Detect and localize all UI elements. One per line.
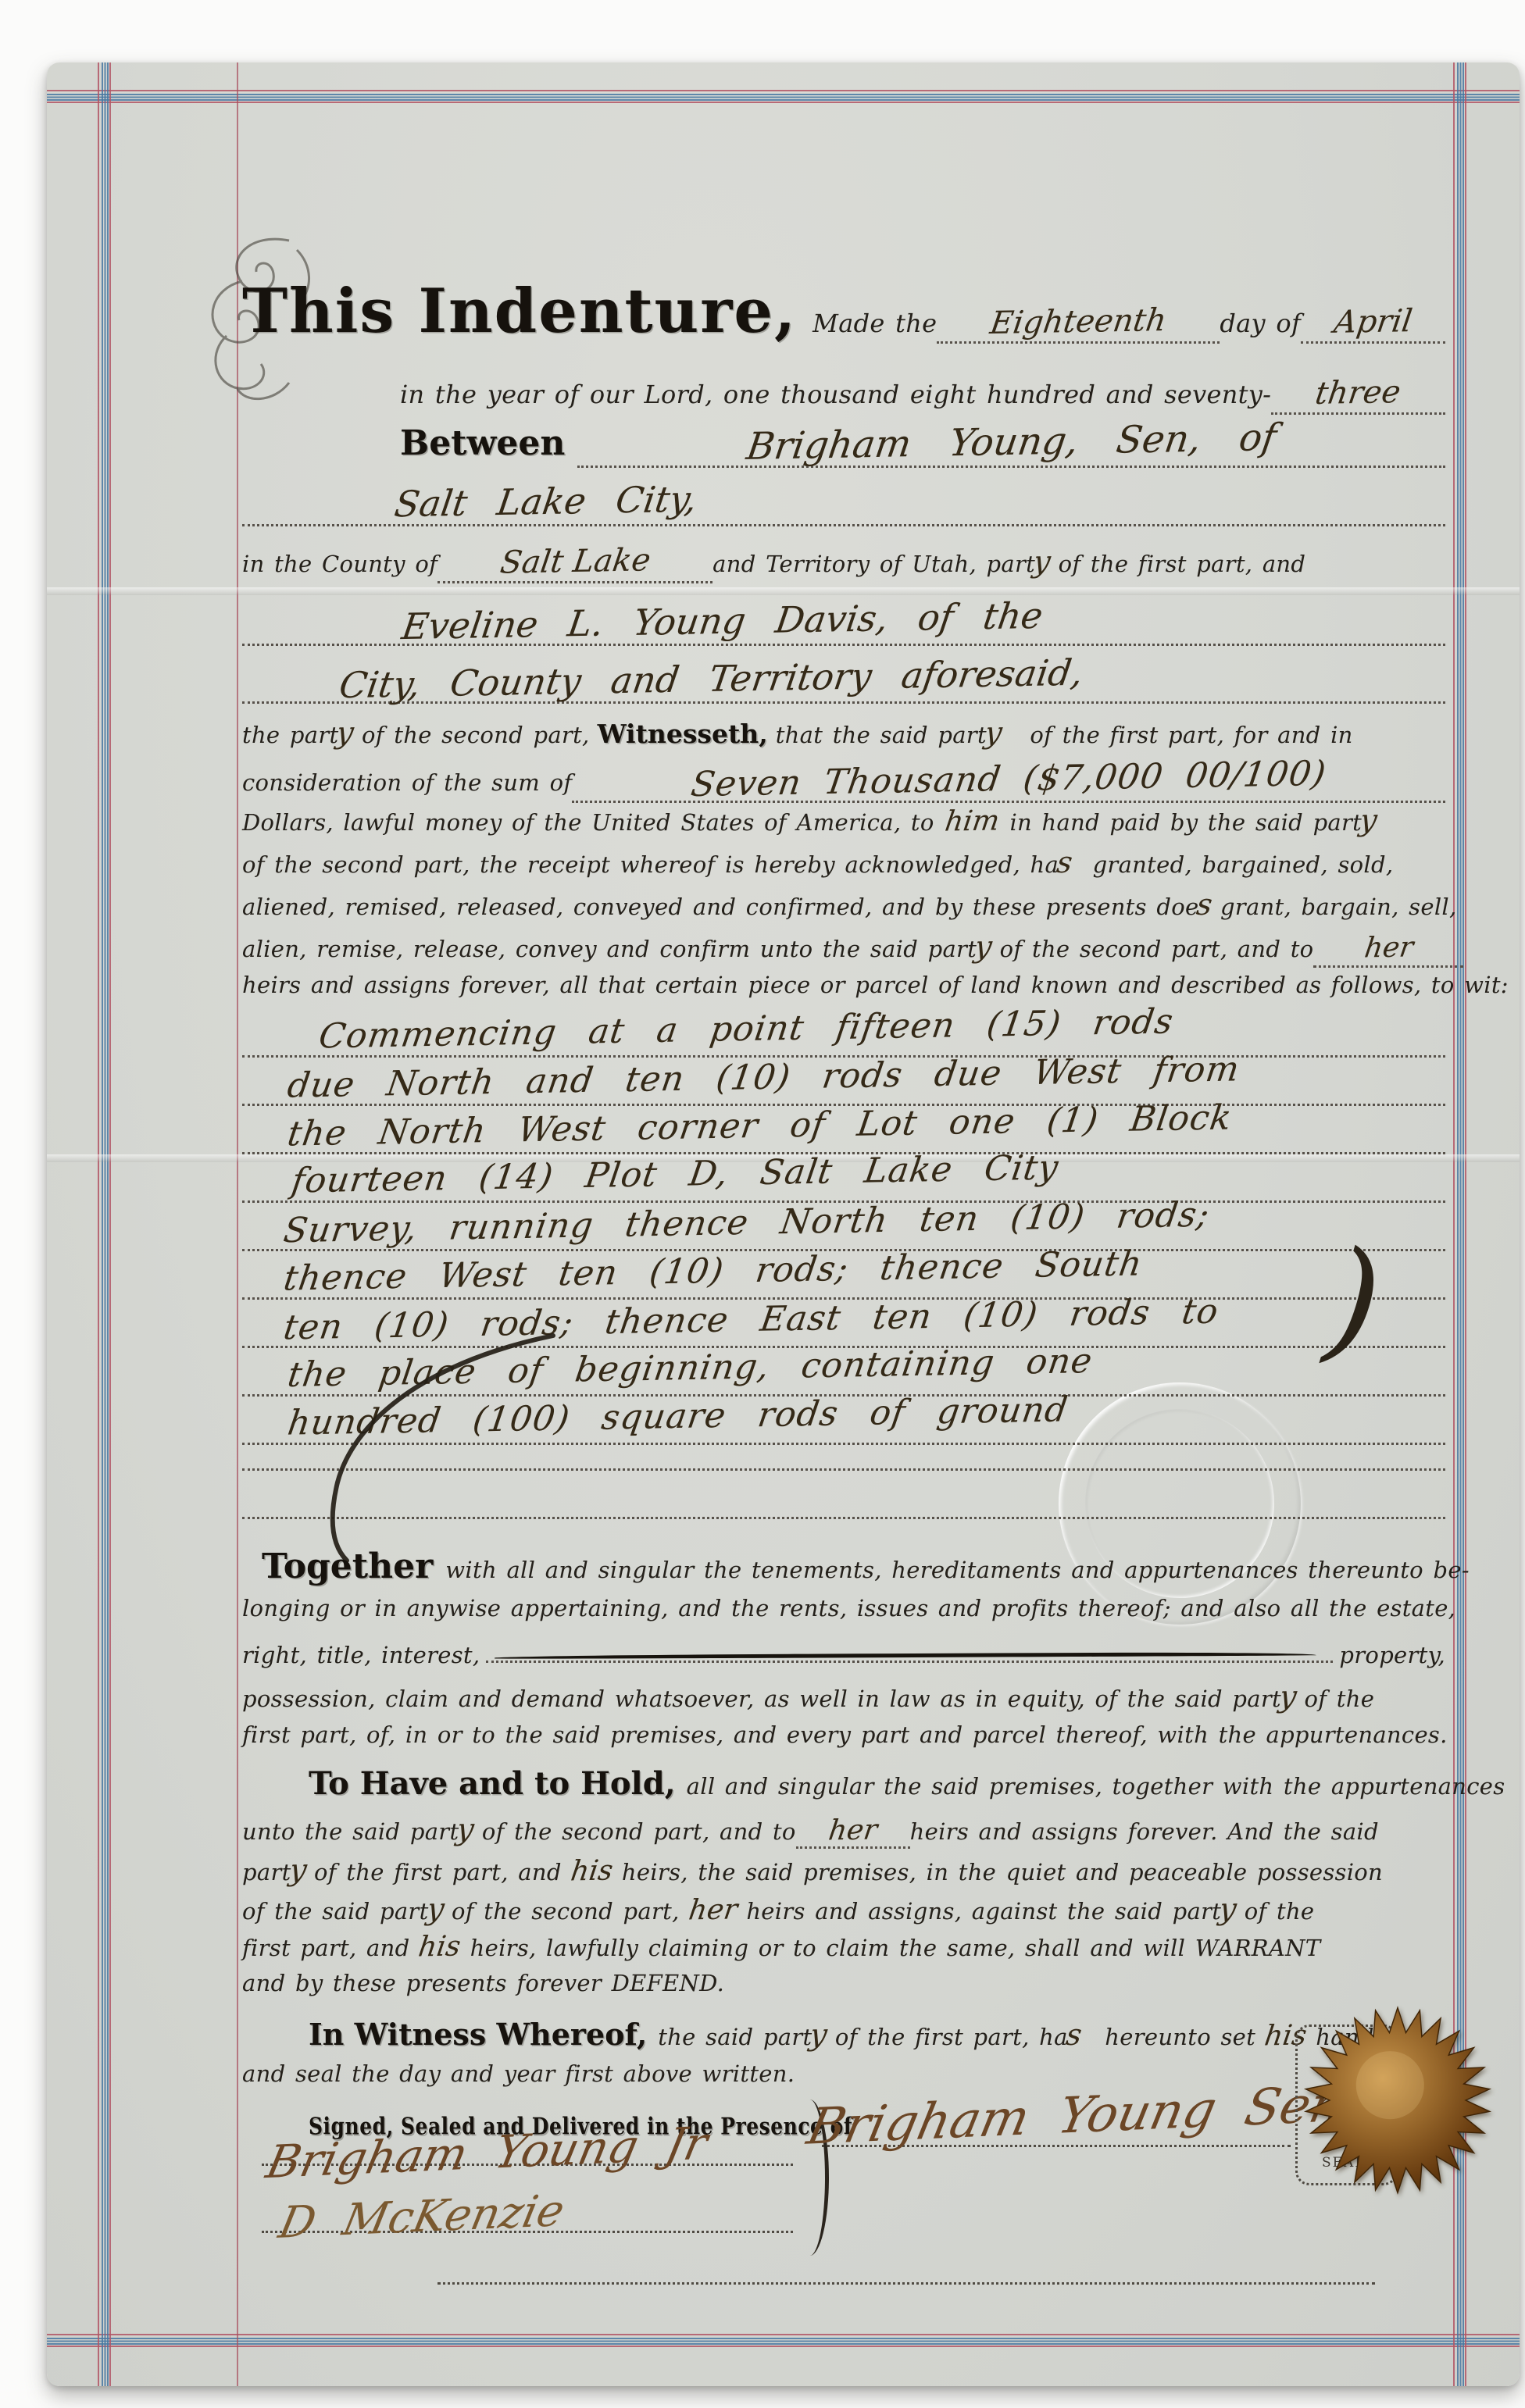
day-fill: Eighteenth (988, 302, 1169, 341)
hand-y: y (1277, 1679, 1299, 1714)
grantor-city-fill: Salt Lake City, (392, 478, 700, 526)
line-grantee-city: City, County and Territory aforesaid, (242, 658, 1445, 704)
printed-habendum-4-mid: of the second part, (452, 1898, 680, 1925)
gold-foil-seal (1303, 2006, 1492, 2195)
description-line: Survey, running thence North ten (10) ro… (242, 1203, 1445, 1251)
printed-day-of: day of (1220, 309, 1301, 338)
line-witness-whereof: In Witness Whereof, the said part y of t… (309, 2017, 1374, 2052)
printed-together-1: with all and singular the tenements, her… (445, 1557, 1470, 1583)
description-line: Commencing at a point fifteen (15) rods (242, 1009, 1445, 1058)
witness2-signature: D McKenzie (275, 2185, 569, 2249)
printed-together-2: longing or in anywise appertaining, and … (242, 1595, 1455, 1621)
line-between: Between Brigham Young, Sen, of (400, 420, 1445, 468)
deed-paper-sheet: This Indenture, Made the Eighteenth day … (47, 62, 1520, 2386)
printed-heirs: heirs and assigns forever, all that cert… (242, 972, 1509, 998)
strikethrough-rule (486, 1637, 1333, 1663)
printed-testimonium-mid2: hereunto set (1105, 2024, 1255, 2050)
printed-receipt: of the second part, the receipt whereof … (242, 851, 1059, 878)
hand-s: s (1195, 887, 1215, 922)
grantee-city-fill: City, County and Territory aforesaid, (337, 651, 1086, 707)
printed-made-the: Made the (812, 309, 937, 338)
line-heading: This Indenture, Made the Eighteenth day … (242, 281, 1445, 344)
principal-signature: Brigham Young Sen (811, 2087, 1340, 2145)
year-fill: three (1313, 374, 1403, 412)
border-band-top (47, 90, 1520, 103)
line-together-2: longing or in anywise appertaining, and … (242, 1595, 1455, 1621)
printed-tohave-header: To Have and to Hold, (309, 1765, 676, 1802)
line-habendum-5: first part, and his heirs, lawfully clai… (242, 1931, 1320, 1963)
hand-y: y (455, 1812, 477, 1846)
hand-y: y (973, 929, 995, 964)
deed-title: This Indenture, (242, 281, 797, 342)
witness1-signature: Brigham Young Jr (262, 2117, 712, 2189)
line-habendum-4: of the said part y of the second part, h… (242, 1892, 1314, 1926)
printed-that-said: that the said part (776, 722, 987, 748)
description-text: Survey, running thence North ten (10) ro… (281, 1195, 1212, 1251)
printed-together-3-post: property, (1339, 1642, 1445, 1668)
line-together-3: right, title, interest, property, (242, 1637, 1445, 1668)
printed-habendum-5-pre: first part, and (242, 1935, 409, 1961)
fold-crease (47, 587, 1520, 595)
printed-the-part: the part (242, 722, 338, 748)
hand-her: her (1362, 931, 1416, 964)
hand-him: him (943, 804, 1002, 837)
hand-y: y (983, 715, 1005, 750)
description-line: the North West corner of Lot one (1) Blo… (242, 1106, 1445, 1154)
line-aliened: aliened, remised, released, conveyed and… (242, 887, 1457, 922)
line-grantor-city: Salt Lake City, (242, 480, 1445, 526)
printed-first-part: of the first part, and (1059, 551, 1306, 577)
description-line: thence West ten (10) rods; thence South (242, 1251, 1445, 1300)
printed-year-line: in the year of our Lord, one thousand ei… (400, 380, 1271, 409)
border-band-left (98, 62, 111, 2386)
printed-together-4-pre: possession, claim and demand whatsoever,… (242, 1686, 1281, 1712)
printed-territory: and Territory of Utah, part (712, 551, 1035, 577)
printed-testimonium-mid: of the first part, ha (835, 2024, 1068, 2050)
grantee-field: Eveline L. Young Davis, of the (242, 600, 1445, 646)
her-field: her (1313, 932, 1463, 968)
day-field: Eighteenth (937, 304, 1220, 344)
printed-habendum-4-post: heirs and assigns, against the said part (746, 1898, 1221, 1925)
printed-aliened-post: grant, bargain, sell, (1220, 894, 1457, 920)
printed-receipt-post: granted, bargained, sold, (1093, 851, 1394, 878)
printed-habendum-3-pre: part (242, 1859, 291, 1885)
line-habendum-1: To Have and to Hold, all and singular th… (309, 1765, 1505, 1802)
printed-aliened: aliened, remised, released, conveyed and… (242, 894, 1198, 920)
printed-habendum-5-post: heirs, lawfully claiming or to claim the… (470, 1935, 1321, 1961)
void-sweep-stroke (305, 1328, 562, 1570)
printed-together-5: first part, of, in or to the said premis… (242, 1721, 1448, 1748)
county-fill: Salt Lake (498, 542, 652, 580)
her-field: her (796, 1814, 910, 1849)
line-habendum-3: part y of the first part, and his heirs,… (242, 1853, 1383, 1887)
line-year: in the year of our Lord, one thousand ei… (400, 375, 1445, 415)
bottom-rule (437, 2282, 1375, 2285)
year-field: three (1271, 375, 1445, 415)
printed-and-seal: and seal the day and year first above wr… (242, 2060, 795, 2087)
amount-field: Seven Thousand ($7,000 00/100) (572, 759, 1445, 803)
grantor-field: Brigham Young, Sen, of (577, 420, 1445, 468)
hand-his: his (569, 1855, 615, 1888)
grantee-fill: Eveline L. Young Davis, of the (399, 594, 1045, 647)
printed-witnesseth: Witnesseth, (598, 719, 768, 749)
printed-habendum-4-pre: of the said part (242, 1898, 429, 1925)
line-receipt: of the second part, the receipt whereof … (242, 845, 1393, 879)
description-text: Commencing at a point fifteen (15) rods (316, 1001, 1176, 1056)
printed-inwitness-header: In Witness Whereof, (309, 2017, 647, 2052)
printed-consideration: consideration of the sum of (242, 769, 572, 796)
line-habendum-2: unto the said part y of the second part,… (242, 1812, 1379, 1849)
printed-habendum-4-end: of the (1245, 1898, 1315, 1925)
margin-rule (237, 62, 238, 2386)
line-witnesseth: the part y of the second part, Witnesset… (242, 715, 1353, 750)
month-field: April (1301, 304, 1445, 344)
line-consideration: consideration of the sum of Seven Thousa… (242, 759, 1445, 803)
grantor-fill: Brigham Young, Sen, of (744, 416, 1279, 469)
description-text: thence West ten (10) rods; thence South (281, 1243, 1145, 1298)
line-county: in the County of Salt Lake and Territory… (242, 544, 1445, 583)
line-together-1: Together with all and singular the tenem… (262, 1546, 1470, 1586)
printed-habendum-2-post: heirs and assigns forever. And the said (910, 1818, 1379, 1845)
line-habendum-6: and by these presents forever DEFEND. (242, 1970, 724, 1996)
printed-together-3-pre: right, title, interest, (242, 1642, 480, 1668)
hand-y: y (287, 1853, 309, 1887)
hand-y: y (424, 1892, 446, 1926)
description-text: due North and ten (10) rods due West fro… (285, 1049, 1242, 1105)
hand-her: her (827, 1814, 880, 1846)
description-text: fourteen (14) Plot D, Salt Lake City (289, 1147, 1061, 1200)
printed-habendum-2-mid: of the second part, and to (482, 1818, 796, 1845)
scanned-deed-screenshot: This Indenture, Made the Eighteenth day … (0, 0, 1525, 2408)
grantor-city-field: Salt Lake City, (242, 480, 1445, 526)
description-line: due North and ten (10) rods due West fro… (242, 1058, 1445, 1106)
hand-y: y (334, 715, 356, 750)
description-line: fourteen (14) Plot D, Salt Lake City (242, 1154, 1445, 1203)
printed-habendum-1: all and singular the said premises, toge… (687, 1773, 1505, 1800)
witness-signature-1: Brigham Young Jr (270, 2126, 705, 2179)
hand-y: y (1031, 544, 1053, 579)
printed-second-part: of the second part, (362, 722, 590, 748)
line-grantee: Eveline L. Young Davis, of the (242, 600, 1445, 646)
hand-y: y (808, 2017, 830, 2052)
hand-y: y (1217, 1892, 1239, 1926)
printed-alien: alien, remise, release, convey and confi… (242, 936, 977, 962)
description-text: the North West corner of Lot one (1) Blo… (285, 1097, 1234, 1154)
hand-s: s (1055, 845, 1075, 879)
line-together-5: first part, of, in or to the said premis… (242, 1721, 1448, 1748)
printed-habendum-2-pre: unto the said part (242, 1818, 459, 1845)
witness-signature-2: D McKenzie (281, 2192, 562, 2242)
month-fill: April (1332, 303, 1415, 341)
line-dollars: Dollars, lawful money of the United Stat… (242, 803, 1385, 837)
printed-habendum-6: and by these presents forever DEFEND. (242, 1970, 724, 1996)
printed-county-label: in the County of (242, 551, 437, 577)
printed-together-4-post: of the (1304, 1686, 1374, 1712)
grantee-city-field: City, County and Territory aforesaid, (242, 658, 1445, 704)
line-heirs: heirs and assigns forever, all that cert… (242, 972, 1509, 998)
line-together-4: possession, claim and demand whatsoever,… (242, 1679, 1374, 1714)
hand-his: his (417, 1931, 463, 1964)
printed-dollars: Dollars, lawful money of the United Stat… (242, 809, 934, 836)
printed-alien-mid: of the second part, and to (1000, 936, 1314, 962)
printed-testimonium-pre: the said part (658, 2024, 812, 2050)
printed-together-header: Together (262, 1546, 433, 1586)
printed-between: Between (400, 423, 565, 463)
printed-habendum-3-mid: of the first part, and (314, 1859, 562, 1885)
county-field: Salt Lake (437, 544, 712, 583)
hand-her: her (687, 1893, 740, 1926)
border-band-bottom (47, 2334, 1520, 2347)
grantor-signature: Brigham Young Sen (802, 2075, 1348, 2156)
printed-paid-by: in hand paid by the said part (1009, 809, 1362, 836)
amount-fill: Seven Thousand ($7,000 00/100) (688, 754, 1329, 804)
printed-habendum-3-post: heirs, the said premises, in the quiet a… (622, 1859, 1383, 1885)
line-and-seal: and seal the day and year first above wr… (242, 2060, 795, 2087)
hand-y: y (1358, 803, 1380, 837)
hand-s: s (1064, 2017, 1084, 2052)
line-alien: alien, remise, release, convey and confi… (242, 929, 1445, 968)
printed-for-and-in: of the first part, for and in (1030, 722, 1352, 748)
